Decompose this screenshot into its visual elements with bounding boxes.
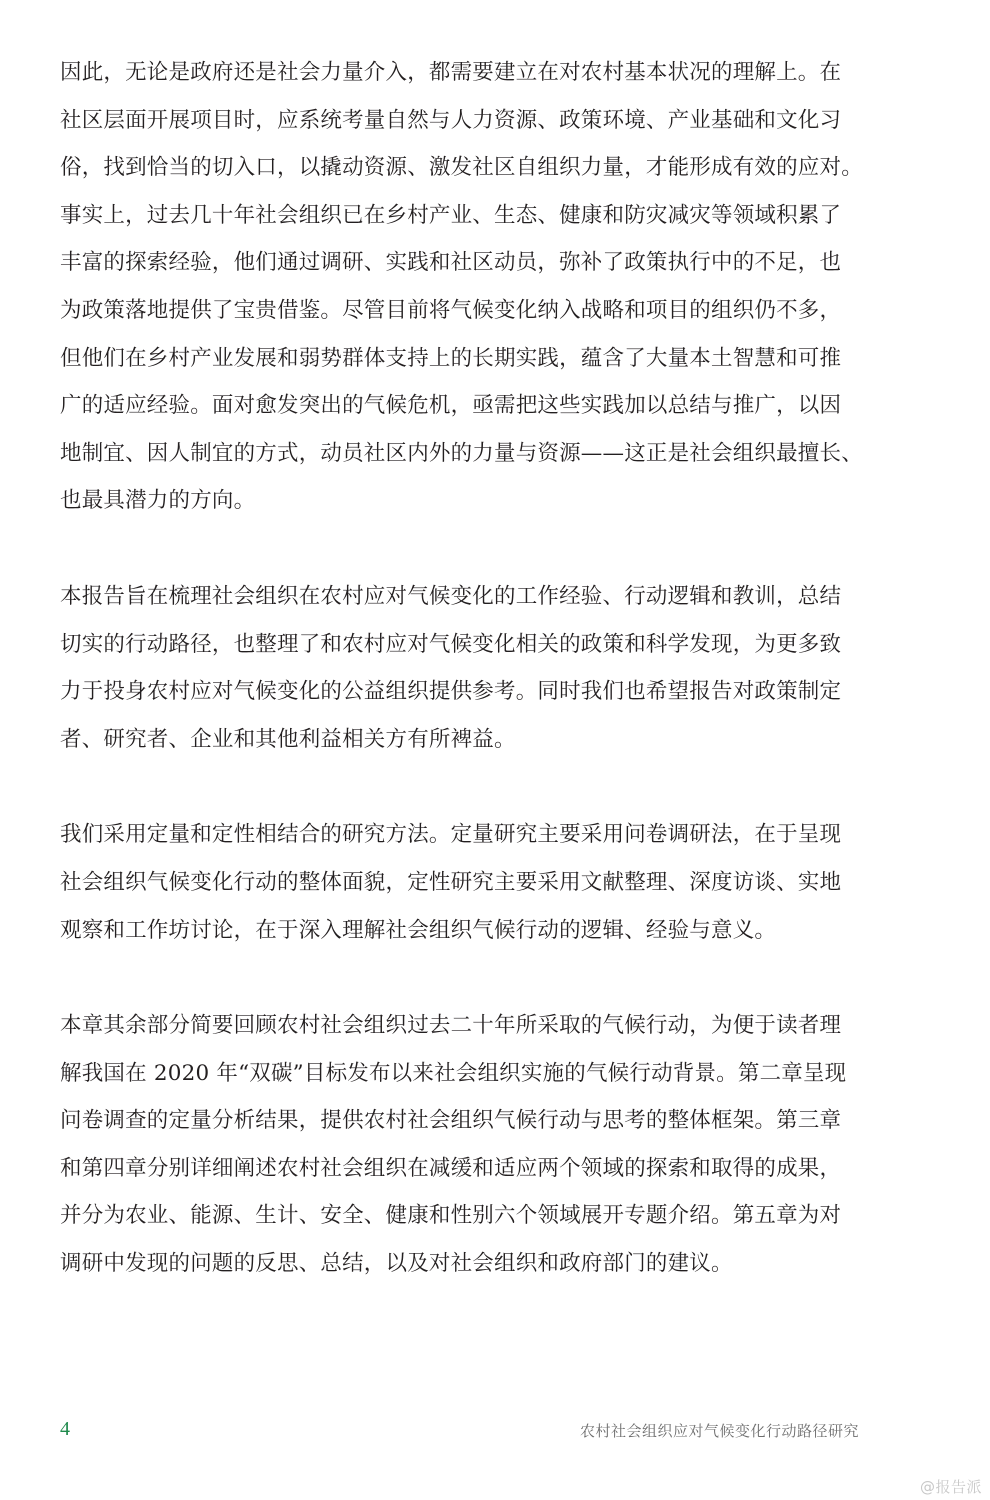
text-line: 地制宜、因人制宜的方式，动员社区内外的力量与资源——这正是社会组织最擅长、 (60, 430, 890, 478)
text-line: 力于投身农村应对气候变化的公益组织提供参考。同时我们也希望报告对政策制定 (60, 668, 890, 716)
text-line: 丰富的探索经验，他们通过调研、实践和社区动员，弥补了政策执行中的不足，也 (60, 239, 890, 287)
text-line: 广的适应经验。面对愈发突出的气候危机，亟需把这些实践加以总结与推广，以因 (60, 382, 890, 430)
text-line: 但他们在乡村产业发展和弱势群体支持上的长期实践，蕴含了大量本土智慧和可推 (60, 335, 890, 383)
text-line: 事实上，过去几十年社会组织已在乡村产业、生态、健康和防灾减灾等领域积累了 (60, 192, 890, 240)
text-line: 社会组织气候变化行动的整体面貌，定性研究主要采用文献整理、深度访谈、实地 (60, 859, 890, 907)
document-body: 因此，无论是政府还是社会力量介入，都需要建立在对农村基本状况的理解上。在 社区层… (60, 49, 890, 1288)
text-line: 并分为农业、能源、生计、安全、健康和性别六个领域展开专题介绍。第五章为对 (60, 1192, 890, 1240)
text-line: 解我国在 2020 年“双碳”目标发布以来社会组织实施的气候行动背景。第二章呈现 (60, 1050, 890, 1098)
text-line: 和第四章分别详细阐述农村社会组织在减缓和适应两个领域的探索和取得的成果， (60, 1145, 890, 1193)
text-line: 调研中发现的问题的反思、总结，以及对社会组织和政府部门的建议。 (60, 1240, 890, 1288)
text-line: 为政策落地提供了宝贵借鉴。尽管目前将气候变化纳入战略和项目的组织仍不多， (60, 287, 890, 335)
page-number: 4 (60, 1418, 70, 1441)
page-footer: 4 农村社会组织应对气候变化行动路径研究 (0, 1418, 990, 1448)
text-line: 观察和工作坊讨论，在于深入理解社会组织气候行动的逻辑、经验与意义。 (60, 907, 890, 955)
text-line: 本章其余部分简要回顾农村社会组织过去二十年所采取的气候行动，为便于读者理 (60, 1002, 890, 1050)
paragraph-context: 因此，无论是政府还是社会力量介入，都需要建立在对农村基本状况的理解上。在 社区层… (60, 49, 890, 525)
paragraph-chapter-overview: 本章其余部分简要回顾农村社会组织过去二十年所采取的气候行动，为便于读者理 解我国… (60, 1002, 890, 1288)
text-line: 者、研究者、企业和其他利益相关方有所裨益。 (60, 716, 890, 764)
text-line: 俗，找到恰当的切入口，以撬动资源、激发社区自组织力量，才能形成有效的应对。 (60, 144, 890, 192)
text-line: 问卷调查的定量分析结果，提供农村社会组织气候行动与思考的整体框架。第三章 (60, 1097, 890, 1145)
running-title: 农村社会组织应对气候变化行动路径研究 (580, 1420, 859, 1441)
text-line: 因此，无论是政府还是社会力量介入，都需要建立在对农村基本状况的理解上。在 (60, 49, 890, 97)
paragraph-report-purpose: 本报告旨在梳理社会组织在农村应对气候变化的工作经验、行动逻辑和教训，总结 切实的… (60, 573, 890, 763)
text-line: 也最具潜力的方向。 (60, 477, 890, 525)
text-line: 切实的行动路径，也整理了和农村应对气候变化相关的政策和科学发现，为更多致 (60, 621, 890, 669)
text-line: 社区层面开展项目时，应系统考量自然与人力资源、政策环境、产业基础和文化习 (60, 97, 890, 145)
text-line: 本报告旨在梳理社会组织在农村应对气候变化的工作经验、行动逻辑和教训，总结 (60, 573, 890, 621)
watermark: @报告派 (920, 1476, 982, 1497)
paragraph-methodology: 我们采用定量和定性相结合的研究方法。定量研究主要采用问卷调研法，在于呈现 社会组… (60, 811, 890, 954)
text-line: 我们采用定量和定性相结合的研究方法。定量研究主要采用问卷调研法，在于呈现 (60, 811, 890, 859)
